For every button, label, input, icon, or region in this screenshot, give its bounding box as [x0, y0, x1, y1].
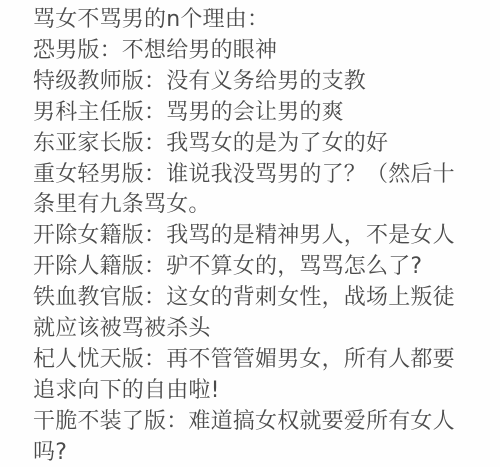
text-line: 开除女籍版：我骂的是精神男人，不是女人 — [33, 221, 490, 252]
text-line: 就应该被骂被杀头 — [33, 314, 490, 345]
text-line: 男科主任版：骂男的会让男的爽 — [33, 98, 490, 129]
text-line: 条里有九条骂女。 — [33, 190, 490, 221]
post-text: 骂女不骂男的n个理由：恐男版：不想给男的眼神特级教师版：没有义务给男的支教男科主… — [33, 5, 490, 467]
text-line: 东亚家长版：我骂女的是为了女的好 — [33, 129, 490, 160]
text-line: 恐男版：不想给男的眼神 — [33, 36, 490, 67]
text-line: 特级教师版：没有义务给男的支教 — [33, 67, 490, 98]
text-line: 追求向下的自由啦! — [33, 376, 490, 407]
text-line: 骂女不骂男的n个理由： — [33, 5, 490, 36]
text-line: 干脆不装了版：难道搞女权就要爱所有女人 — [33, 407, 490, 438]
text-screenshot-page: 骂女不骂男的n个理由：恐男版：不想给男的眼神特级教师版：没有义务给男的支教男科主… — [0, 0, 500, 467]
text-line: 开除人籍版：驴不算女的，骂骂怎么了? — [33, 252, 490, 283]
text-line: 重女轻男版：谁说我没骂男的了？（然后十 — [33, 160, 490, 191]
text-line: 杞人忧天版：再不管管媚男女，所有人都要 — [33, 345, 490, 376]
text-line: 铁血教官版：这女的背刺女性，战场上叛徒 — [33, 283, 490, 314]
text-line: 吗? — [33, 438, 490, 467]
